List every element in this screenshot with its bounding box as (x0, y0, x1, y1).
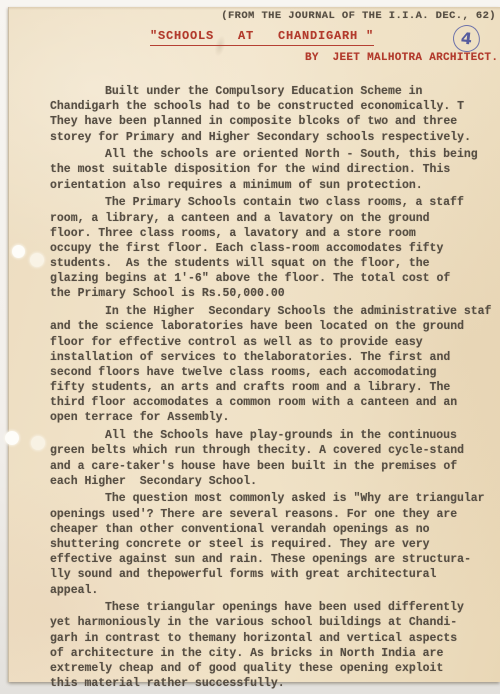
paragraph: Built under the Compulsory Education Sch… (50, 84, 480, 145)
text-line: floor for effective control as well as t… (50, 335, 480, 350)
paragraph: In the Higher Secondary Schools the admi… (50, 304, 480, 426)
document-body: Built under the Compulsory Education Sch… (50, 84, 480, 694)
text-line: garh in contrast to themany horizontal a… (50, 631, 480, 646)
text-line: each Higher Secondary School. (50, 474, 480, 489)
text-line: storey for Primary and Higher Secondary … (50, 130, 480, 145)
text-line: and a care-taker's house have been built… (50, 459, 480, 474)
page-title: "SCHOOLS AT CHANDIGARH " (150, 29, 374, 46)
punch-hole (5, 431, 19, 445)
text-line: shuttering concrete or steel is required… (50, 537, 480, 552)
text-line: fifty students, an arts and crafts room … (50, 380, 480, 395)
paragraph: The Primary Schools contain two class ro… (50, 195, 480, 301)
text-line: floor. Three class rooms, a lavatory and… (50, 226, 480, 241)
text-line: occupy the first floor. Each class-room … (50, 241, 480, 256)
journal-source-note: (FROM THE JOURNAL OF THE I.I.A. DEC., 62… (221, 10, 496, 22)
text-line: All the Schools have play-grounds in the… (50, 428, 480, 443)
text-line: The question most commonly asked is "Why… (50, 491, 480, 506)
text-line: The Primary Schools contain two class ro… (50, 195, 480, 210)
text-line: They have been planned in composite blco… (50, 114, 480, 129)
text-line: cheaper than other conventional verandah… (50, 522, 480, 537)
text-line: the most suitable disposition for the wi… (50, 162, 480, 177)
text-line: students. As the students will squat on … (50, 256, 480, 271)
text-line: openings used'? There are several reason… (50, 507, 480, 522)
punch-hole (31, 436, 45, 450)
punch-hole (12, 245, 25, 258)
text-line: effective against sun and rain. These op… (50, 552, 480, 567)
text-line: orientation also requires a minimum of s… (50, 178, 480, 193)
paragraph: The question most commonly asked is "Why… (50, 491, 480, 597)
text-line: In the Higher Secondary Schools the admi… (50, 304, 480, 319)
text-line: Built under the Compulsory Education Sch… (50, 84, 480, 99)
scanned-document-page: { "colors": { "paper": "#efe1c5", "ink":… (0, 0, 500, 694)
paragraph: All the schools are oriented North - Sou… (50, 147, 480, 193)
text-line: third floor accomodates a common room wi… (50, 395, 480, 410)
text-line: of architecture in the city. As bricks i… (50, 646, 480, 661)
author-byline: BY JEET MALHOTRA ARCHITECT. (305, 52, 498, 64)
text-line: glazing begins at 1'-6" above the floor.… (50, 271, 480, 286)
text-line: and the science laboratories have been l… (50, 319, 480, 334)
text-line: second floors have twelve class rooms, e… (50, 365, 480, 380)
text-line: All the schools are oriented North - Sou… (50, 147, 480, 162)
text-line: extremely cheap and of good quality thes… (50, 661, 480, 676)
handwritten-page-number: 4 (452, 24, 482, 54)
paragraph: All the Schools have play-grounds in the… (50, 428, 480, 489)
text-line: These triangular openings have been used… (50, 600, 480, 615)
text-line: Chandigarh the schools had to be constru… (50, 99, 480, 114)
text-line: the Primary School is Rs.50,000.00 (50, 286, 480, 301)
text-line: appeal. (50, 583, 480, 598)
page-number-text: 4 (460, 28, 473, 48)
text-line: this material rather successfully. (50, 676, 480, 691)
text-line: yet harmoniously in the various school b… (50, 615, 480, 630)
paper-sheet: (FROM THE JOURNAL OF THE I.I.A. DEC., 62… (9, 7, 500, 682)
text-line: green belts which run through thecity. A… (50, 443, 480, 458)
text-line: open terrace for Assembly. (50, 410, 480, 425)
text-line: installation of services to thelaborator… (50, 350, 480, 365)
text-line: lly sound and thepowerful forms with gre… (50, 567, 480, 582)
paragraph: These triangular openings have been used… (50, 600, 480, 691)
punch-hole (30, 253, 44, 267)
text-line: room, a library, a canteen and a lavator… (50, 211, 480, 226)
